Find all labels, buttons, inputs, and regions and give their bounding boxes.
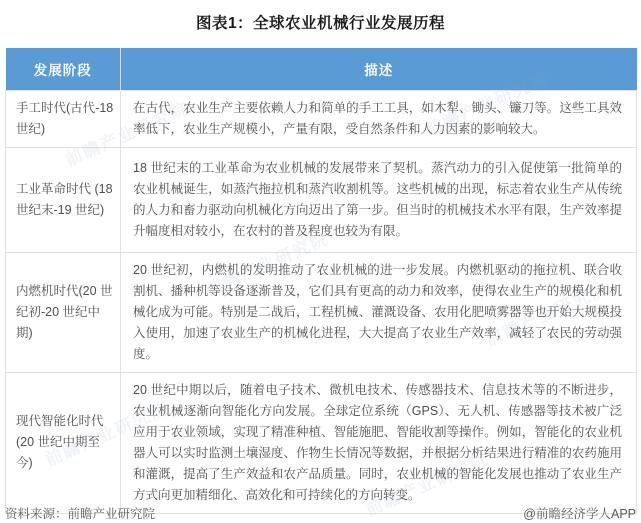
development-stages-table: 发展阶段 描述 手工时代(古代-18世纪) 在古代，农业生产主要依赖人力和简单的…	[5, 48, 637, 514]
description-cell: 20 世纪中期以后，随着电子技术、微机电技术、传感器技术、信息技术等的不断进步，…	[121, 372, 637, 513]
table-header-row: 发展阶段 描述	[6, 48, 637, 90]
figure-footer: 资料来源：前瞻产业研究院 @前瞻经济学人APP	[5, 503, 636, 523]
description-cell: 20 世纪初，内燃机的发明推动了农业机械的进一步发展。内燃机驱动的拖拉机、联合收…	[121, 252, 637, 372]
description-cell: 18 世纪末的工业革命为农业机械的发展带来了契机。蒸汽动力的引入促使第一批简单的…	[121, 147, 637, 252]
table-row: 内燃机时代(20 世纪初-20 世纪中期) 20 世纪初，内燃机的发明推动了农业…	[6, 252, 637, 372]
page-title: 图表1：全球农业机械行业发展历程	[0, 0, 641, 47]
column-header-stage: 发展阶段	[6, 48, 121, 90]
stage-cell: 现代智能化时代 (20 世纪中期至今)	[6, 372, 121, 513]
column-header-description: 描述	[121, 48, 637, 90]
data-source-label: 资料来源：前瞻产业研究院	[5, 504, 155, 522]
stage-cell: 内燃机时代(20 世纪初-20 世纪中期)	[6, 252, 121, 372]
description-cell: 在古代，农业生产主要依赖人力和简单的手工工具，如木犁、锄头、镰刀等。这些工具效率…	[121, 90, 637, 147]
stage-cell: 手工时代(古代-18世纪)	[6, 90, 121, 147]
table-row: 现代智能化时代 (20 世纪中期至今) 20 世纪中期以后，随着电子技术、微机电…	[6, 372, 637, 513]
report-figure: 图表1：全球农业机械行业发展历程 发展阶段 描述 手工时代(古代-18世纪) 在…	[0, 0, 641, 523]
table-row: 工业革命时代 (18 世纪末-19 世纪) 18 世纪末的工业革命为农业机械的发…	[6, 147, 637, 252]
table-row: 手工时代(古代-18世纪) 在古代，农业生产主要依赖人力和简单的手工工具，如木犁…	[6, 90, 637, 147]
app-credit-label: @前瞻经济学人APP	[523, 504, 636, 522]
stage-cell: 工业革命时代 (18 世纪末-19 世纪)	[6, 147, 121, 252]
